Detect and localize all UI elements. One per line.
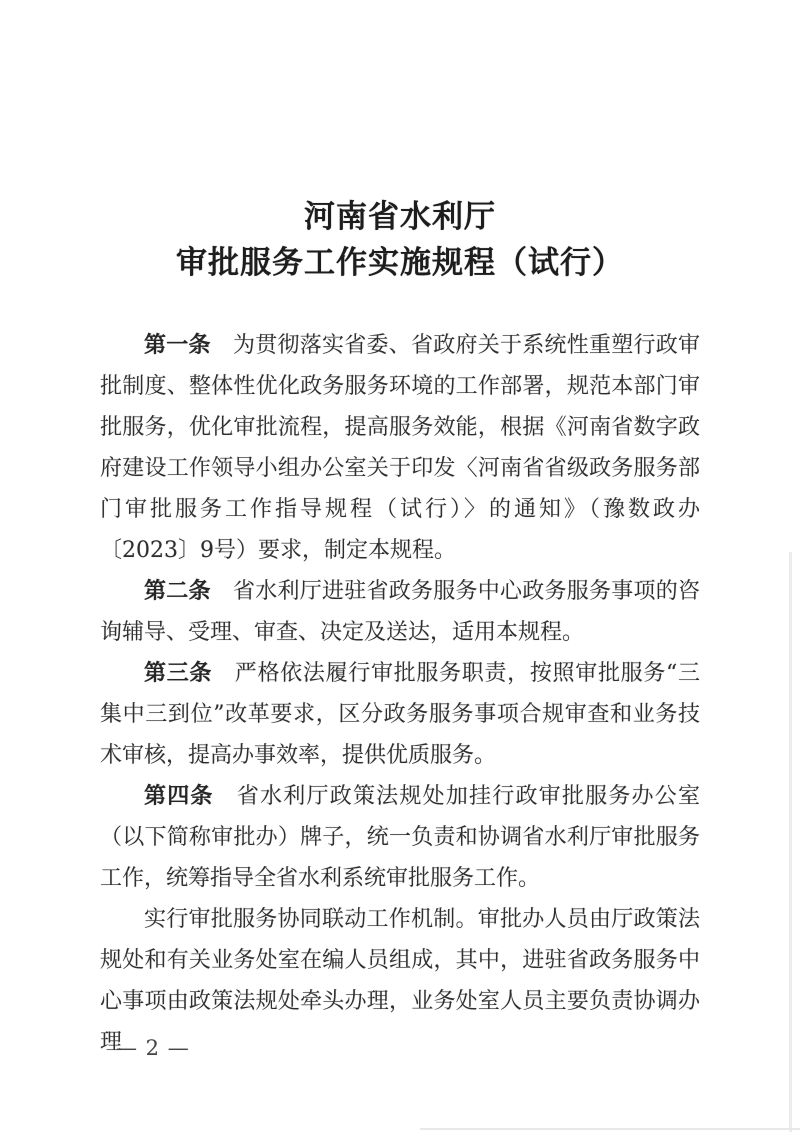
document-content: 河南省水利厅 审批服务工作实施规程（试行） 第一条 为贯彻落实省委、省政府关于系…: [0, 0, 800, 1063]
article-3-number: 第三条: [144, 660, 212, 686]
paragraph-article-1: 第一条 为贯彻落实省委、省政府关于系统性重塑行政审批制度、整体性优化政务服务环境…: [100, 325, 700, 571]
document-page: 河南省水利厅 审批服务工作实施规程（试行） 第一条 为贯彻落实省委、省政府关于系…: [0, 0, 800, 1132]
scan-artifact-vertical-line: [789, 552, 792, 1132]
title-line-2: 审批服务工作实施规程（试行）: [100, 240, 700, 286]
article-4-number: 第四条: [144, 783, 214, 809]
paragraph-5-text: 实行审批服务协同联动工作机制。审批办人员由厅政策法规处和有关业务处室在编人员组成…: [100, 907, 700, 1055]
article-1-number: 第一条: [144, 332, 211, 358]
paragraph-article-3: 第三条 严格依法履行审批服务职责，按照审批服务“三集中三到位”改革要求，区分政务…: [100, 653, 700, 776]
paragraph-article-2: 第二条 省水利厅进驻省政务服务中心政务服务事项的咨询辅导、受理、审查、决定及送达…: [100, 571, 700, 653]
title-line-1: 河南省水利厅: [100, 194, 700, 240]
paragraph-article-4: 第四条 省水利厅政策法规处加挂行政审批服务办公室（以下简称审批办）牌子，统一负责…: [100, 776, 700, 899]
paragraph-continuation: 实行审批服务协同联动工作机制。审批办人员由厅政策法规处和有关业务处室在编人员组成…: [100, 899, 700, 1063]
document-body: 第一条 为贯彻落实省委、省政府关于系统性重塑行政审批制度、整体性优化政务服务环境…: [100, 325, 700, 1063]
page-number: — 2 —: [116, 1036, 190, 1060]
scan-artifact-bottom-line: [420, 1128, 800, 1130]
document-title: 河南省水利厅 审批服务工作实施规程（试行）: [100, 194, 700, 286]
article-1-text: 为贯彻落实省委、省政府关于系统性重塑行政审批制度、整体性优化政务服务环境的工作部…: [100, 333, 700, 563]
article-2-number: 第二条: [144, 578, 211, 604]
